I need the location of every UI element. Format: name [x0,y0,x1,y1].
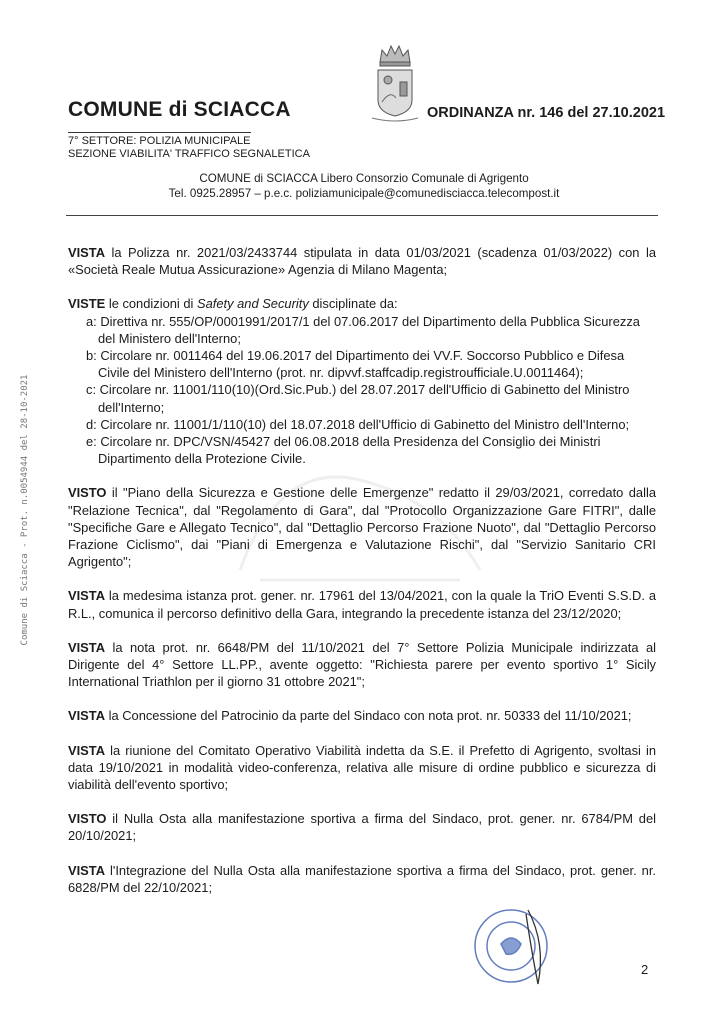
list-item: a: Direttiva nr. 555/OP/0001991/2017/1 d… [68,313,656,347]
contact-address: COMUNE di SCIACCA Libero Consorzio Comun… [68,171,660,186]
contact-phone-pec: Tel. 0925.28957 – p.e.c. poliziamunicipa… [68,186,660,201]
list-item: c: Circolare nr. 11001/110(10)(Ord.Sic.P… [68,381,656,415]
document-body: VISTA la Polizza nr. 2021/03/2433744 sti… [68,244,656,913]
header-divider [66,215,658,216]
contact-info: COMUNE di SCIACCA Libero Consorzio Comun… [68,171,660,201]
list-item: b: Circolare nr. 0011464 del 19.06.2017 … [68,347,656,381]
paragraph-integrazione: VISTA l'Integrazione del Nulla Osta alla… [68,862,656,896]
protocol-stamp-vertical: Comune di Sciacca - Prot. n.0054944 del … [10,345,40,675]
paragraph-patrocinio: VISTA la Concessione del Patrocinio da p… [68,707,656,724]
paragraph-nota: VISTA la nota prot. nr. 6648/PM del 11/1… [68,639,656,691]
police-stamp-icon [466,904,581,989]
municipality-title: COMUNE di SCIACCA [68,98,291,122]
page-number: 2 [641,962,648,977]
title-divider [68,132,251,133]
sector-info: 7° SETTORE: POLIZIA MUNICIPALE SEZIONE V… [68,135,310,160]
paragraph-riunione: VISTA la riunione del Comitato Operativo… [68,742,656,794]
section-line: SEZIONE VIABILITA' TRAFFICO SEGNALETICA [68,148,310,161]
list-item: e: Circolare nr. DPC/VSN/45427 del 06.08… [68,433,656,467]
ordinance-number: ORDINANZA nr. 146 del 27.10.2021 [427,105,665,121]
paragraph-viste: VISTE le condizioni di Safety and Securi… [68,295,656,312]
protocol-text: Comune di Sciacca - Prot. n.0054944 del … [20,375,30,646]
list-item: d: Circolare nr. 11001/1/110(10) del 18.… [68,416,656,433]
paragraph-piano-sicurezza: VISTO il "Piano della Sicurezza e Gestio… [68,484,656,570]
paragraph-polizza: VISTA la Polizza nr. 2021/03/2433744 sti… [68,244,656,278]
regulations-list: a: Direttiva nr. 555/OP/0001991/2017/1 d… [68,313,656,468]
paragraph-nulla-osta: VISTO il Nulla Osta alla manifestazione … [68,810,656,844]
paragraph-istanza: VISTA la medesima istanza prot. gener. n… [68,587,656,621]
sector-line: 7° SETTORE: POLIZIA MUNICIPALE [68,135,310,148]
coat-of-arms-icon [370,42,420,124]
